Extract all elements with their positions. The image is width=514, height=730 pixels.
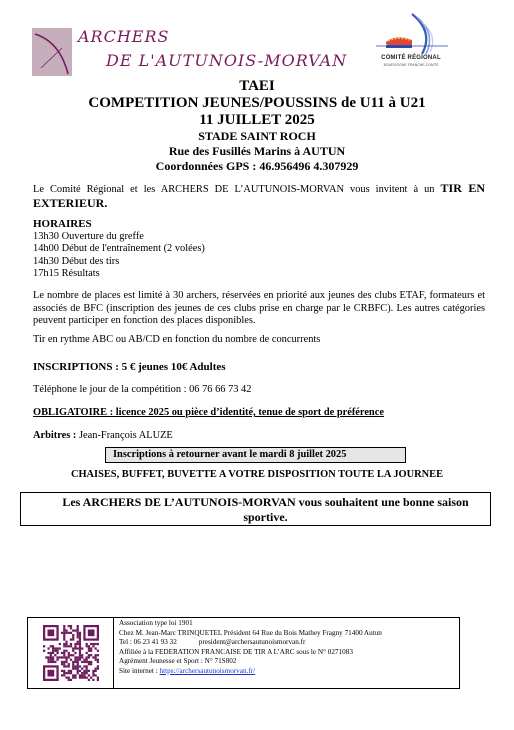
referees-label: Arbitres : xyxy=(33,430,76,441)
arrow-target-icon xyxy=(372,12,450,56)
event-date: 11 JUILLET 2025 xyxy=(0,112,514,129)
event-type: TAEI xyxy=(0,78,514,95)
club-name-line1: ARCHERS xyxy=(78,27,169,46)
referees-value: Jean-François ALUZE xyxy=(76,430,172,441)
contact-line: Tel : 06 23 41 93 32president@archersaut… xyxy=(119,638,382,648)
title-block: TAEI COMPETITION JEUNES/POUSSINS de U11 … xyxy=(0,78,514,174)
agrement: Agrément Jeunesse et Sport : N° 71S802 xyxy=(119,657,382,667)
mandatory-note: OBLIGATOIRE : licence 2025 ou pièce d’id… xyxy=(33,407,485,420)
bow-and-arrow-icon xyxy=(32,28,72,76)
regional-committee-logo: COMITÉ RÉGIONAL BOURGOGNE FRANCHE-COMTÉ xyxy=(372,12,450,74)
venue: STADE SAINT ROCH xyxy=(0,129,514,144)
schedule-item: 13h30 Ouverture du greffe xyxy=(33,231,485,244)
gps-coordinates: Coordonnées GPS : 46.956496 4.307929 xyxy=(0,159,514,174)
qr-cell xyxy=(28,618,114,688)
website-link[interactable]: https://archersautunoismorvan.fr/ xyxy=(160,667,256,675)
schedule-item: 14h00 Début de l'entraînement (2 volées) xyxy=(33,243,485,256)
website-label: Site internet : xyxy=(119,667,160,675)
registration-fees: INSCRIPTIONS : 5 € jeunes 10€ Adultes xyxy=(33,361,485,374)
schedule-item: 17h15 Résultats xyxy=(33,268,485,281)
footer-email[interactable]: president@archersautunoismorvan.fr xyxy=(199,638,306,646)
footer-contact-box: Association type loi 1901 Chez M. Jean-M… xyxy=(27,617,460,689)
rhythm-note: Tir en rythme ABC ou AB/CD en fonction d… xyxy=(33,334,485,347)
qr-code-icon[interactable] xyxy=(43,625,99,681)
website-line: Site internet : https://archersautunoism… xyxy=(119,667,382,677)
address: Rue des Fusillés Marins à AUTUN xyxy=(0,144,514,159)
association-type: Association type loi 1901 xyxy=(119,619,382,629)
club-logo: ARCHERS DE L'AUTUNOIS-MORVAN xyxy=(32,27,324,79)
intro-paragraph: Le Comité Régional et les ARCHERS DE L’A… xyxy=(33,182,485,211)
regional-committee-name: COMITÉ RÉGIONAL xyxy=(376,55,446,61)
regional-committee-region: BOURGOGNE FRANCHE-COMTÉ xyxy=(376,63,446,67)
footer-phone: Tel : 06 23 41 93 32 xyxy=(119,638,177,646)
phone-note: Téléphone le jour de la compétition : 06… xyxy=(33,384,485,397)
contact-info: Association type loi 1901 Chez M. Jean-M… xyxy=(114,618,382,688)
season-wish-box: Les ARCHERS DE L’AUTUNOIS-MORVAN vous so… xyxy=(20,492,491,526)
president-address: Chez M. Jean-Marc TRINQUETEL Président 6… xyxy=(119,629,382,639)
registration-deadline-box: Inscriptions à retourner avant le mardi … xyxy=(105,447,406,463)
schedule-section: HORAIRES 13h30 Ouverture du greffe 14h00… xyxy=(33,218,485,281)
schedule-item: 14h30 Début des tirs xyxy=(33,256,485,269)
schedule-heading: HORAIRES xyxy=(33,218,485,231)
competition-title: COMPETITION JEUNES/POUSSINS de U11 à U21 xyxy=(0,95,514,112)
intro-text: Le Comité Régional et les ARCHERS DE L’A… xyxy=(33,184,441,195)
referees: Arbitres : Jean-François ALUZE xyxy=(33,430,485,443)
club-name-line2: DE L'AUTUNOIS-MORVAN xyxy=(106,51,347,70)
federation-affiliation: Affiliée à la FEDERATION FRANCAISE DE TI… xyxy=(119,648,382,658)
amenities-note: CHAISES, BUFFET, BUVETTE A VOTRE DISPOSI… xyxy=(0,468,514,481)
places-paragraph: Le nombre de places est limité à 30 arch… xyxy=(33,290,485,328)
